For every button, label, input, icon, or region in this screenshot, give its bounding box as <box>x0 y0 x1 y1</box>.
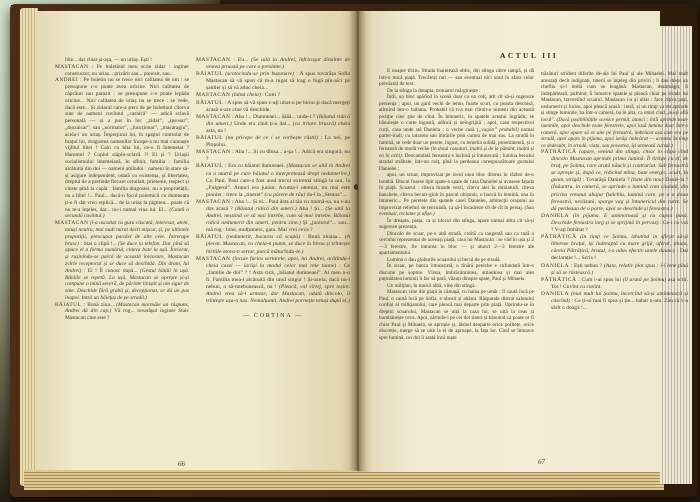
dialogue-paragraph: MASTACAN : Aha !... Dumneaei... ăăăă... … <box>196 114 350 135</box>
speaker-name: PĂTRĂTICĂ <box>541 149 576 155</box>
dialogue-paragraph: MASTACAN (luînd cheia) : Cum ? <box>196 92 350 99</box>
speaker-name: BĂIATUL <box>196 135 223 141</box>
stage-direction-paragraph: În scuar, pe banca întunecată, o tînără … <box>379 263 534 283</box>
speaker-name: DANIELA <box>541 291 569 297</box>
stage-direction-paragraph: apoi, un scuar, improvizat pe locul unui… <box>379 172 534 218</box>
speaker-name: MASTACAN <box>196 92 231 98</box>
speaker-name: MASTACAN <box>55 220 88 226</box>
speaker-name: DANIELA <box>541 213 569 219</box>
left-page-column-2: MASTACAN : Eu... (Se uită la Andrei, înf… <box>196 57 350 319</box>
dialogue-paragraph: ANDREI : Pe buletin nu se trece nici cal… <box>55 77 189 220</box>
speaker-name: MASTACAN <box>196 57 231 63</box>
dialogue-paragraph: DANIELA (în pijama. E somnoroasă și cu c… <box>541 213 688 234</box>
dialogue-paragraph: DANIELA : Ești nebun ? (Asta, relativ pl… <box>541 263 688 277</box>
speaker-name: MASTACAN <box>196 199 231 205</box>
speaker-name: ANDREI <box>55 77 78 83</box>
dialogue-paragraph: MASTACAN (l-a ascultat cu gura căscată, … <box>55 220 189 302</box>
stage-direction-paragraph: E noapte tîrziu. Strada înaintează oblic… <box>379 68 534 88</box>
dialogue-paragraph: MASTACAN : Eu... (Se uită la Andrei, înf… <box>196 57 350 71</box>
dialogue-paragraph: DANIELA (mai mult lui Șoimu, încercînd s… <box>541 291 688 312</box>
cortina-line: — CORTINA — <box>196 305 350 319</box>
speaker-name: DANIELA <box>541 263 569 269</box>
speaker-name: BĂIATUL <box>196 100 223 106</box>
speaker-name: PĂTRĂTICĂ <box>541 234 576 240</box>
stage-direction-paragraph: Întîi, un bloc apărînd în scenă doar cu … <box>379 94 534 172</box>
dialogue-paragraph: MASTACAN (încuie furios sertarele, apoi,… <box>196 256 350 306</box>
page-number-right: 67 <box>538 458 545 466</box>
speaker-name: MASTACAN <box>196 114 231 120</box>
page-number-left: 66 <box>178 460 185 468</box>
speaker-name: MASTACAN <box>55 64 88 70</box>
left-page-column-1: bîte... dar chiar și-așa, — un uriaș. Eș… <box>55 57 189 322</box>
dialogue-paragraph: MASTACAN : Aha !... Și cu dînsa... a-șa … <box>196 149 350 163</box>
speaker-name: MASTACAN <box>196 149 231 155</box>
dialogue-paragraph: BĂIATUL : Bună ziua... (Mastacan mormăie… <box>55 302 189 322</box>
dialogue-paragraph: PĂTRĂTICĂ (în timp ce Șoimu, izbutind în… <box>541 234 688 262</box>
speaker-name: BĂIATUL <box>55 302 81 308</box>
dialogue-paragraph: BĂIATUL (nedumerit, bucuros că scapă) : … <box>196 234 350 255</box>
dialogue-paragraph: MASTACAN : Pe buletinul meu scrie zidar … <box>55 64 189 78</box>
stage-direction-paragraph: Dincolo de scuar, pe-o altă stradă, croi… <box>379 231 534 257</box>
speaker-name: MASTACAN <box>196 256 231 262</box>
dialogue-paragraph: bîte... dar chiar și-așa, — un uriaș. Eș… <box>55 57 189 64</box>
ink-speck <box>354 184 358 190</box>
dialogue-paragraph: BĂIATUL : Era cu băiatul dumneaei. (Mast… <box>196 163 350 198</box>
right-page-column-2: trăsături strident diferite de-ale lui P… <box>541 71 688 312</box>
dialogue-paragraph: MASTACAN : Aha !... Și el... Paul ăsta a… <box>196 199 350 234</box>
dialogue-paragraph: BĂIATUL (nu pricepe de ce i se vorbește … <box>196 135 350 149</box>
right-page-column-1: E noapte tîrziu. Strada înaintează oblic… <box>379 68 534 341</box>
book-gutter-shadow <box>349 10 366 471</box>
stage-direction-paragraph: În dreapta, piața, ca și blocul din stîn… <box>379 218 534 231</box>
dialogue-paragraph: BĂIATUL : A spus să vă spun c-ați uitat-… <box>196 100 350 114</box>
speaker-name: PĂTRĂTICĂ <box>541 277 576 283</box>
page-stack-edge-bottom <box>24 470 664 490</box>
speaker-name: BĂIATUL <box>196 71 223 77</box>
speaker-name: BĂIATUL <box>196 234 223 240</box>
dialogue-paragraph: PĂTRĂTICĂ (apare, venind din stînga, chi… <box>541 149 688 213</box>
running-header: ACTUL III <box>500 51 610 60</box>
stage-direction-paragraph: trăsături strident diferite de-ale lui P… <box>541 71 688 149</box>
stage-direction-paragraph: Mastacan vine din piață în cămașă, cu ha… <box>379 289 534 341</box>
book-photo: ACTUL III bîte... dar chiar și-așa, — un… <box>0 0 700 502</box>
speaker-name: BĂIATUL <box>196 163 223 169</box>
dialogue-paragraph: BĂIATUL (scotocindu-se prin buzunare) : … <box>196 71 350 92</box>
dialogue-paragraph: PĂTRĂTICĂ : Cum i-ai spus lui (îl arată … <box>541 277 688 291</box>
